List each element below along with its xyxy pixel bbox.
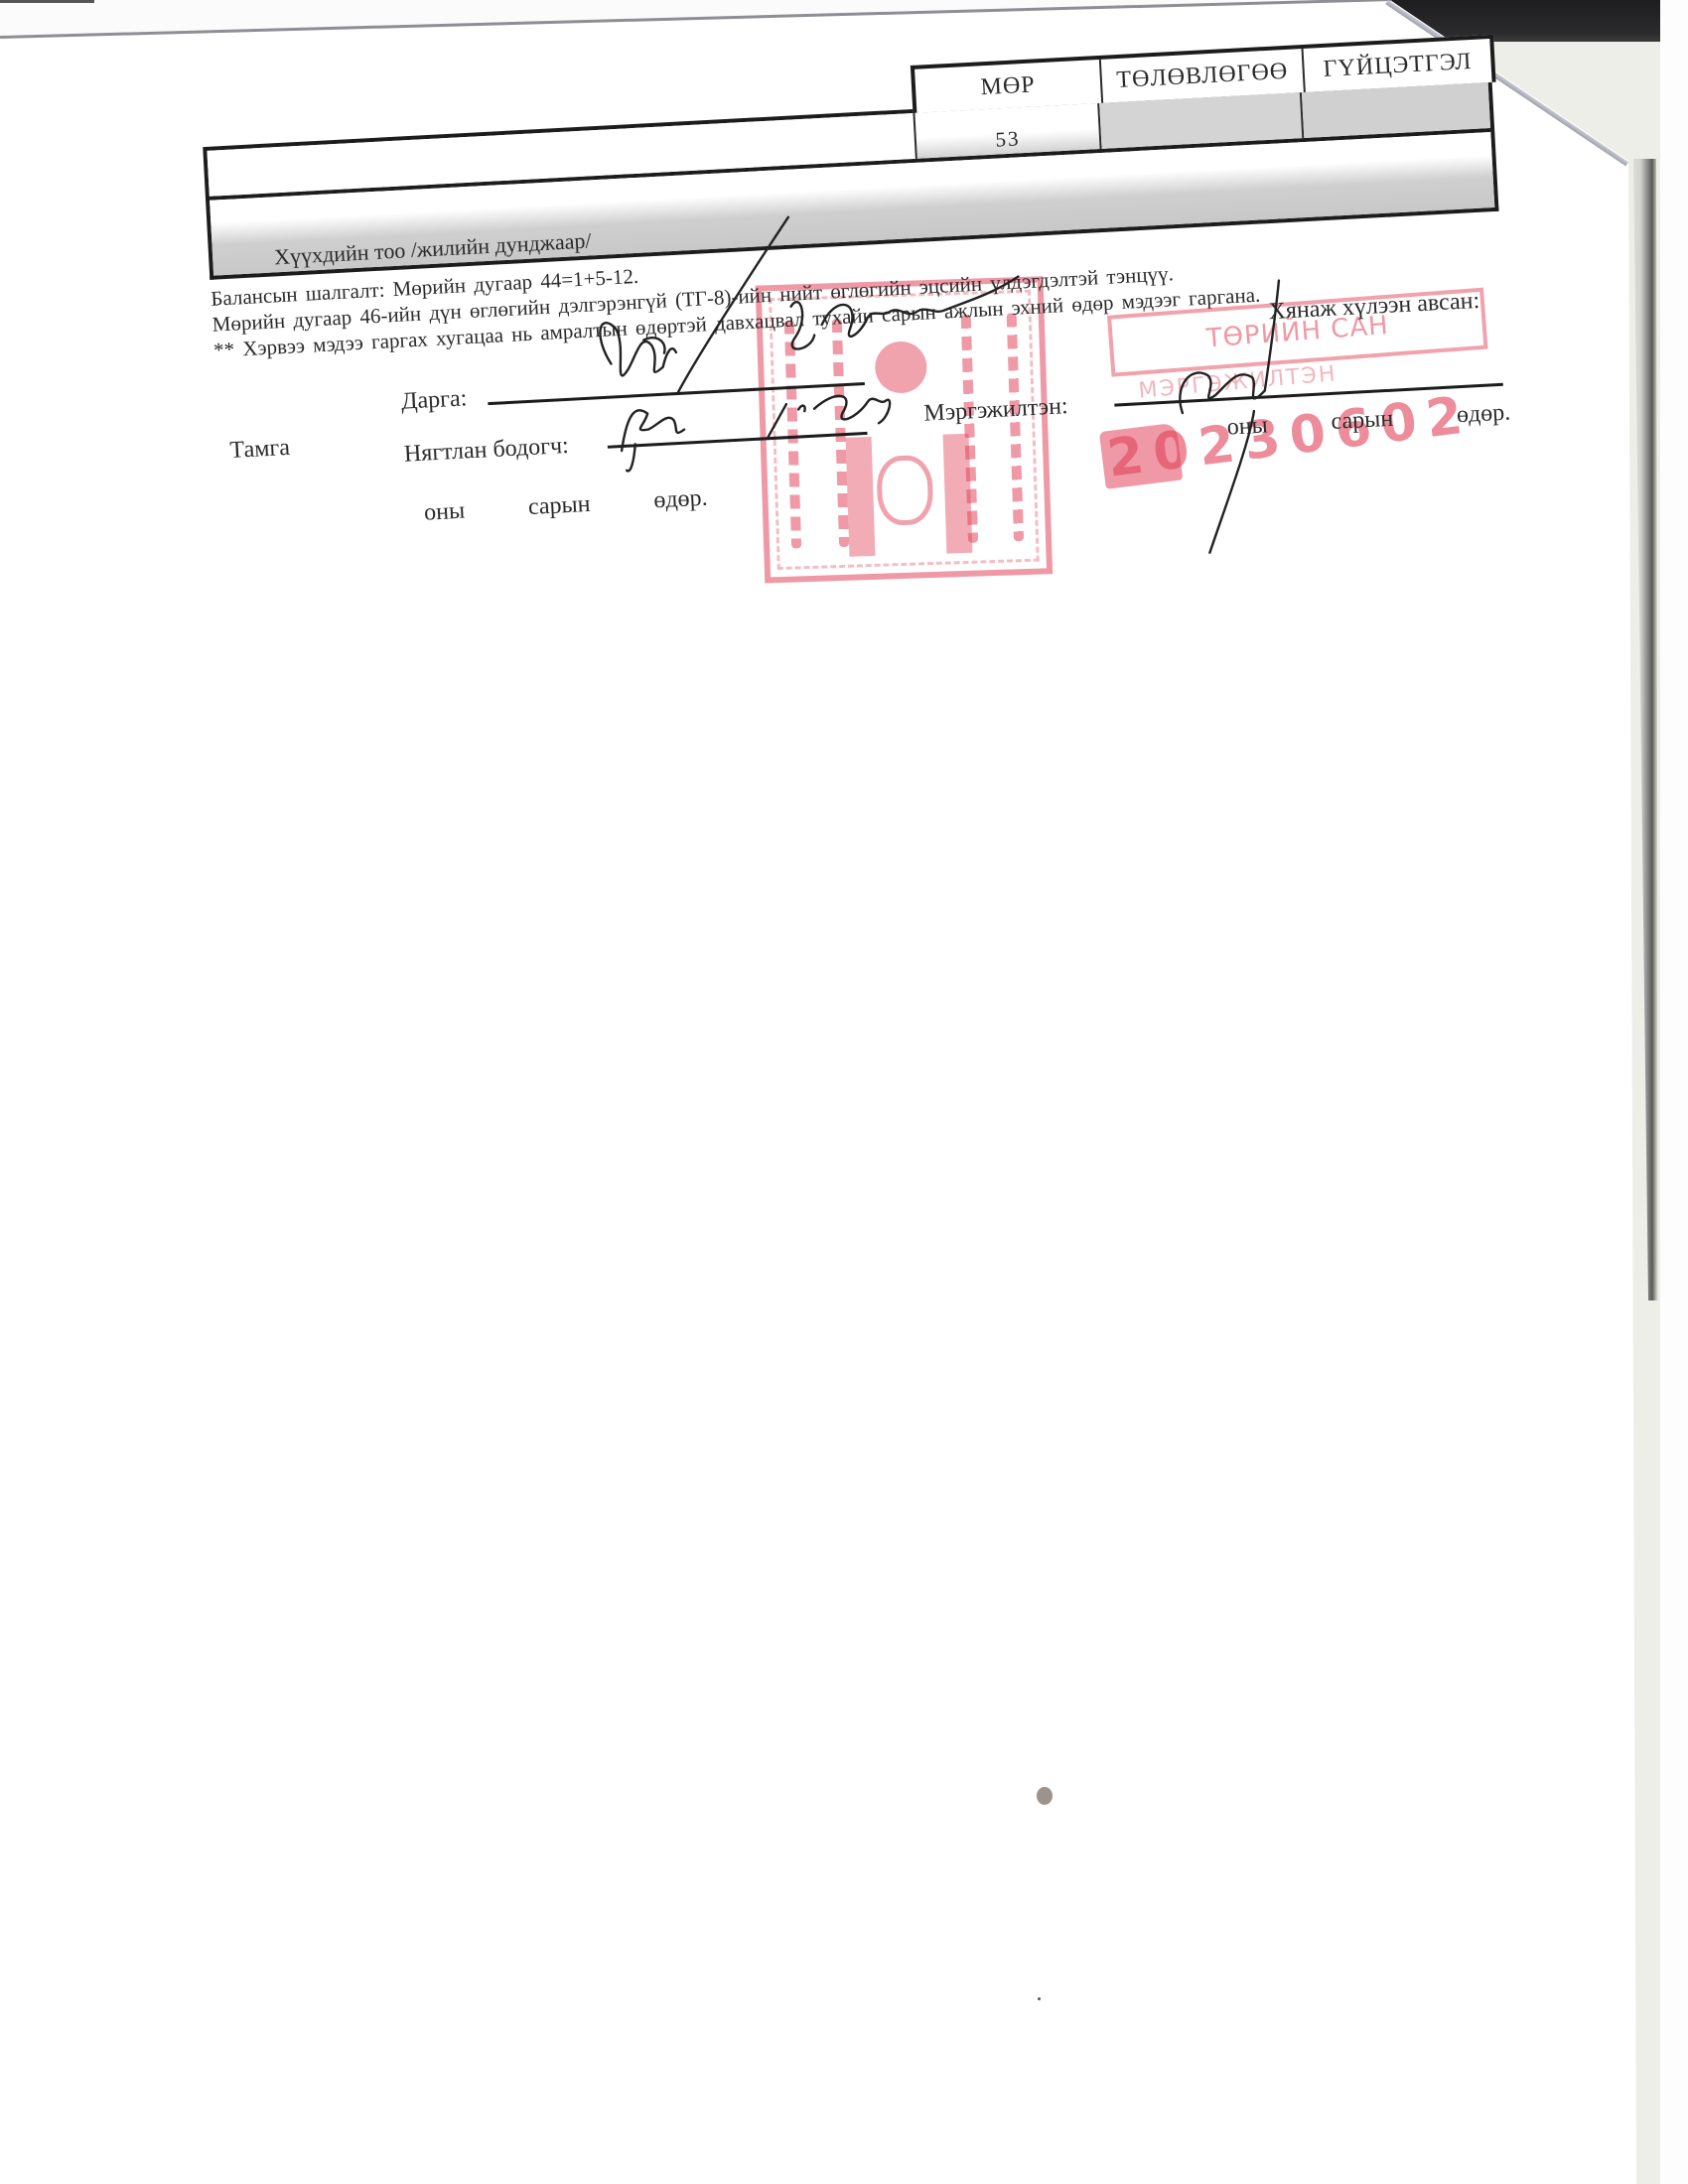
director-label: Дарга: [400,385,468,415]
date-year-label: оны [423,498,465,526]
plan-cell [1099,92,1304,149]
actual-cell [1302,82,1490,138]
ink-speck [1038,1997,1041,2000]
seal-label: Тамга [229,435,291,465]
row-label-children-count: Хүүхдийн тоо /жилийн дунджаар/ [274,227,593,270]
top-edge-mark [0,0,94,3]
soyombo-flame-icon [875,341,928,394]
seal-script-column [1007,313,1024,541]
seal-soyombo-bar [846,437,876,557]
date-day-label: өдөр. [1456,399,1511,428]
row-number-cell: 53 [913,103,1101,159]
accountant-label: Нягтлан бодогч: [403,433,569,469]
ink-spot [1037,1787,1053,1805]
seal-soyombo-bar [943,434,973,554]
report-table: МӨР ТӨЛӨВЛӨГӨӨ ГҮЙЦЭТГЭЛ 53 Хүүхдийн тоо… [203,82,1498,280]
date-day-label: өдөр. [653,485,709,514]
date-month-label: сарын [527,491,591,520]
date-month-label: сарын [1331,406,1394,435]
date-line-left: оны сарын өдөр. [423,485,708,527]
form-content: МӨР ТӨЛӨВЛӨГӨӨ ГҮЙЦЭТГЭЛ 53 Хүүхдийн тоо… [0,0,1688,705]
date-year-label: оны [1226,412,1268,440]
accountant-signature [620,408,686,472]
soyombo-yinyang-icon [876,455,933,526]
